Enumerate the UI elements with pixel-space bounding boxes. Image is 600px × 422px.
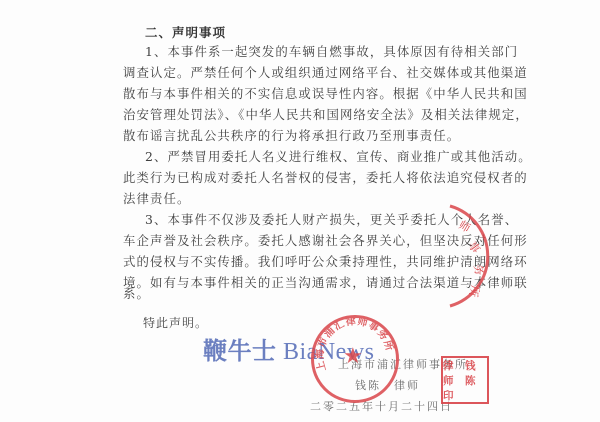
paragraph-2-line-1: 2、严禁冒用委托人名义进行维权、宣传、商业推广或其他活动。 [145,149,532,164]
closing-statement: 特此声明。 [143,314,208,331]
seal-char [465,388,487,403]
svg-text:师: 师 [457,217,474,235]
paragraph-2-line-3: 法律责任。 [123,191,190,206]
seal-char: 钱 [465,358,487,373]
signature-date: 二零二五年十月二十四日 [310,398,453,414]
svg-text:事: 事 [466,239,484,256]
seal-char: 印 [443,388,465,403]
paragraph-1-line-2: 调查认定。严禁任何个人或组织通过网络平台、社交媒体或其他渠道 [123,65,528,80]
paragraph-1-line-5: 散布谣言扰乱公共秩序的行为将承担行政乃至刑事责任。 [123,128,460,143]
star-icon: ★ [343,344,363,369]
seal-char: 陈 [465,373,487,388]
paragraph-1-line-1: 1、本事件系一起突发的车辆自燃事故，具体原因有待相关部门 [145,44,518,59]
partial-seal-stamp: 师 事 务 所 [430,201,550,311]
lawyer-square-seal: 律 钱 师 陈 印 [441,356,489,404]
paragraph-2-line-2: 此类行为已构成对委托人名誉权的侵害，委托人将依法追究侵权者的 [123,170,528,185]
document-page: 二、声明事项 1、本事件系一起突发的车辆自燃事故，具体原因有待相关部门 调查认定… [0,0,600,422]
seal-char: 师 [443,373,465,388]
section-heading: 二、声明事项 [145,23,226,41]
paragraph-1-line-4: 治安管理处罚法》、《中华人民共和国网络安全法》及相关法律规定， [123,107,529,122]
paragraph-1-line-3: 散布与本事件相关的不实信息或误导性内容。根据《中华人民共和国 [123,86,528,101]
law-firm-round-seal: 上海市浦汇律师事务所 ★ [311,315,399,403]
paragraph-3-line-5: 系。 [123,286,150,301]
watermark-cn: 鞭牛士 [203,339,277,365]
seal-char: 律 [443,358,465,373]
